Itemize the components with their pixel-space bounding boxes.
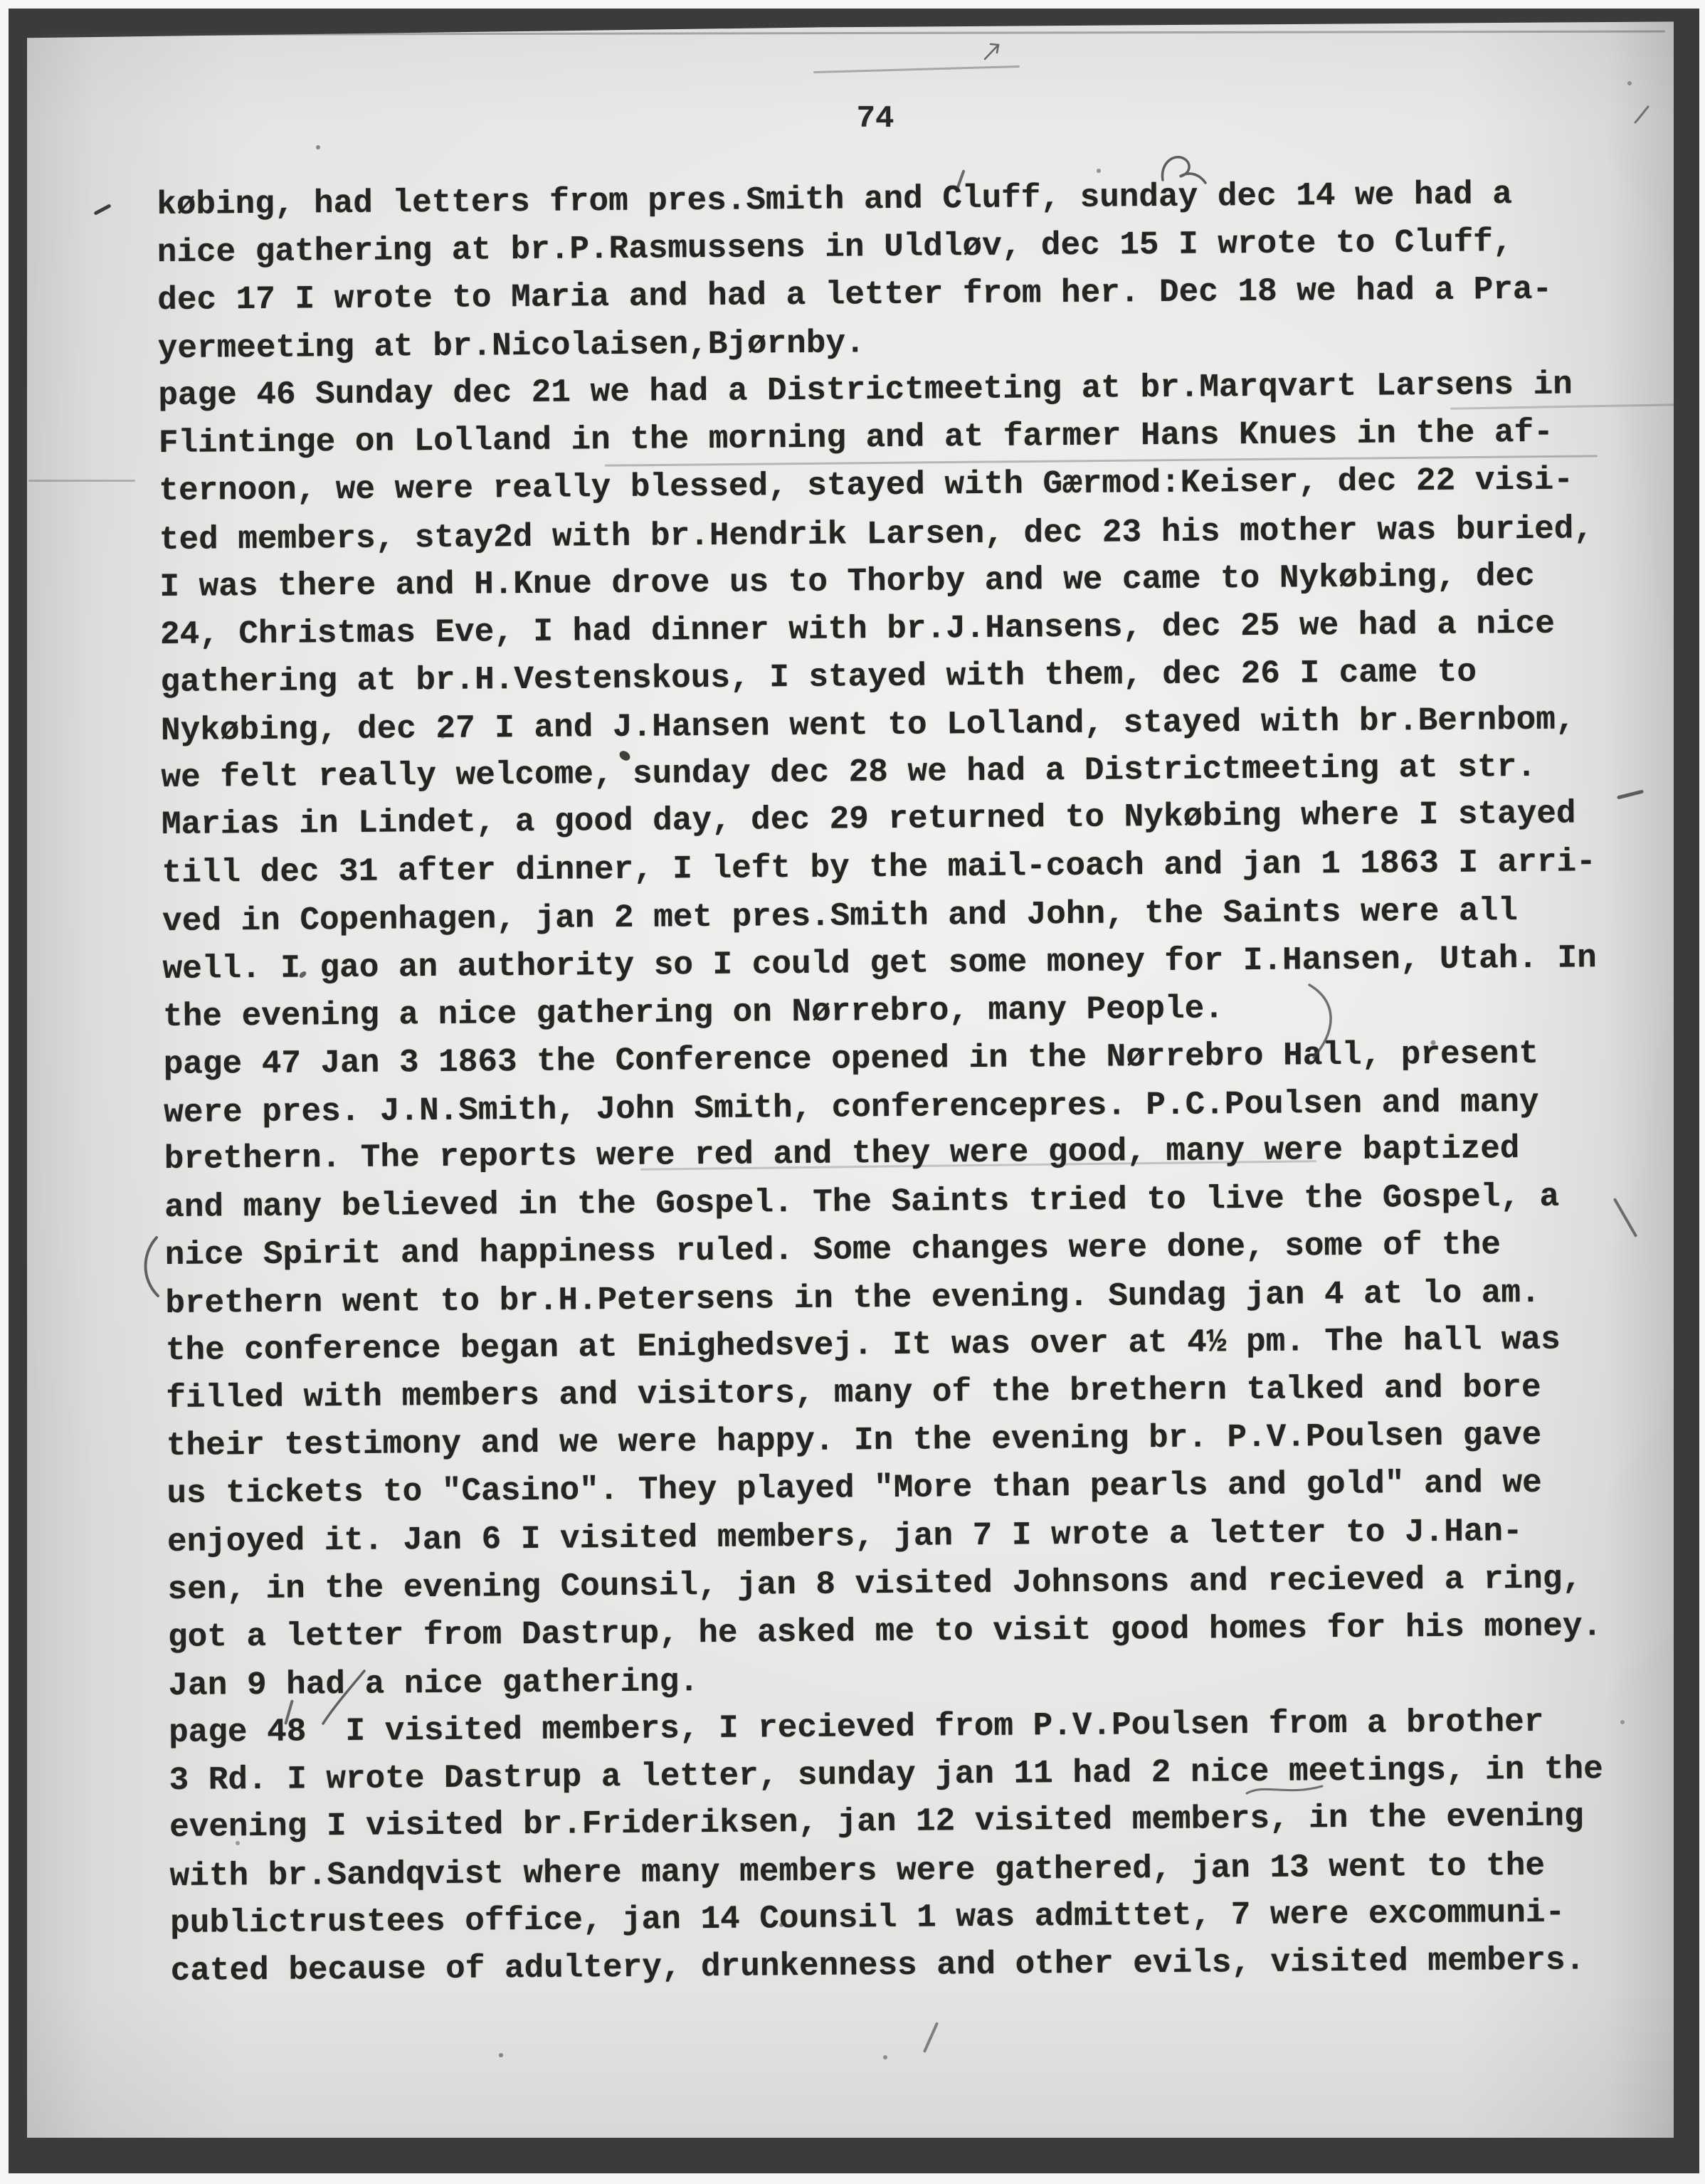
scratch-line <box>28 480 135 482</box>
pen-mark-tilde-nice-meetings <box>1245 1782 1325 1799</box>
pen-mark-curve-after-people <box>1302 982 1348 1062</box>
body-text: købing, had letters from pres.Smith and … <box>157 169 1679 1995</box>
pen-mark-paren-before-nice-spirit <box>138 1235 162 1300</box>
pen-mark-squiggle-above-sunday <box>1158 152 1210 187</box>
dust-specks <box>0 0 3 3</box>
scanned-document-page: 74 købing, had letters from pres.Smith a… <box>0 0 1705 2184</box>
pen-mark-stroke-through-a-nice <box>319 1668 370 1728</box>
pen-mark-tick-right-margin <box>1634 105 1651 125</box>
page-number: 74 <box>818 101 932 137</box>
pen-mark-arrow-tick-top <box>983 41 1003 61</box>
